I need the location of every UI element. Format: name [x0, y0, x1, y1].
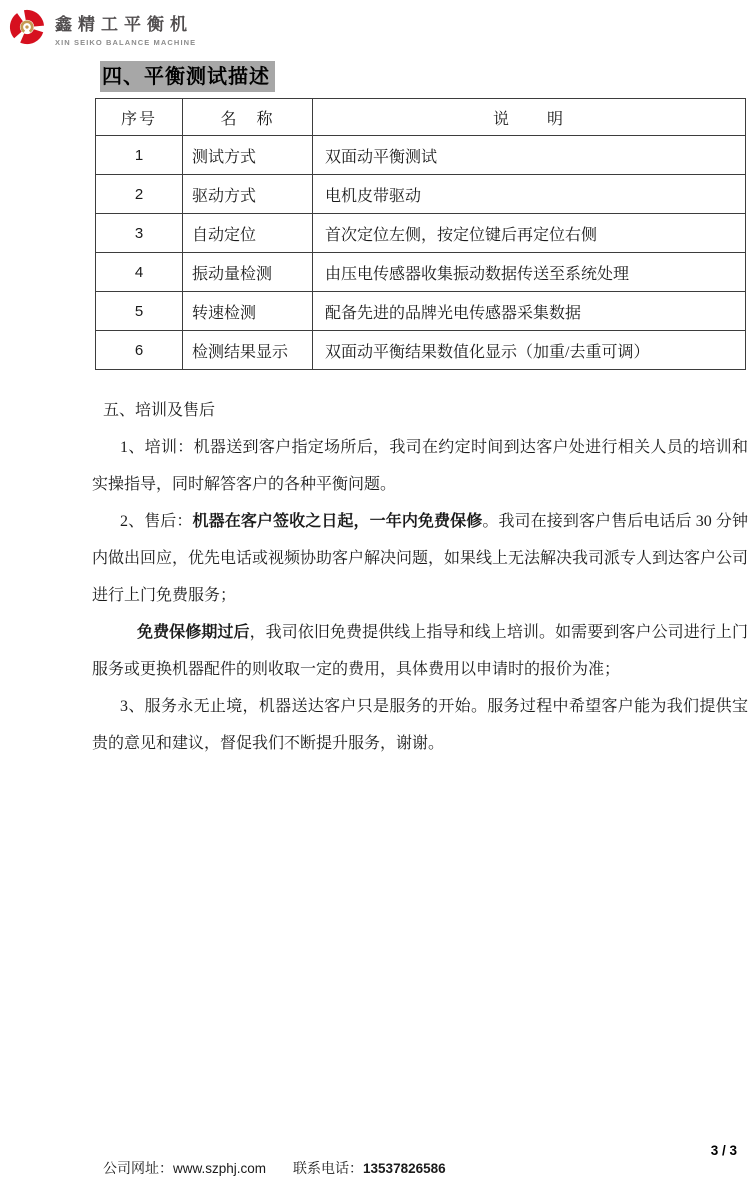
brand-text: 鑫精工平衡机 XIN SEIKO BALANCE MACHINE — [55, 10, 196, 47]
paragraph-run: 3、服务永无止境，机器送达客户只是服务的开始。服务过程中希望客户能为我们提供宝贵… — [92, 698, 748, 752]
page-number: 3 / 3 — [711, 1143, 737, 1158]
table-cell-name: 驱动方式 — [183, 175, 313, 214]
table-cell-description: 首次定位左侧，按定位键后再定位右侧 — [313, 214, 746, 253]
website-label: 公司网址： — [103, 1162, 173, 1177]
table-row: 3自动定位首次定位左侧，按定位键后再定位右侧 — [96, 214, 746, 253]
table-cell-description: 由压电传感器收集振动数据传送至系统处理 — [313, 253, 746, 292]
paragraph-bold-run: 免费保修期过后 — [137, 624, 250, 641]
table-header-cell: 名 称 — [183, 99, 313, 136]
table-header-row: 序号名 称说 明 — [96, 99, 746, 136]
table-cell-index: 5 — [96, 292, 183, 331]
table-header-cell: 序号 — [96, 99, 183, 136]
table-cell-index: 2 — [96, 175, 183, 214]
table-row: 2驱动方式电机皮带驱动 — [96, 175, 746, 214]
section5-title: 五、培训及售后 — [103, 392, 748, 429]
section5: 五、培训及售后 1、培训：机器送到客户指定场所后，我司在约定时间到达客户处进行相… — [92, 392, 748, 762]
table-cell-index: 6 — [96, 331, 183, 370]
table-cell-description: 配备先进的品牌光电传感器采集数据 — [313, 292, 746, 331]
table-header-cell: 说 明 — [313, 99, 746, 136]
table-cell-index: 3 — [96, 214, 183, 253]
document-page: 鑫精工平衡机 XIN SEIKO BALANCE MACHINE 四、平衡测试描… — [0, 0, 750, 1186]
phone-label: 联系电话： — [293, 1162, 363, 1177]
table-row: 1测试方式双面动平衡测试 — [96, 136, 746, 175]
paragraph-bold-run: 机器在客户签收之日起，一年内免费保修 — [193, 513, 483, 530]
balance-test-table: 序号名 称说 明 1测试方式双面动平衡测试2驱动方式电机皮带驱动3自动定位首次定… — [95, 98, 746, 370]
phone-number: 13537826586 — [363, 1161, 446, 1176]
table-row: 6检测结果显示双面动平衡结果数值化显示（加重/去重可调） — [96, 331, 746, 370]
table-row: 5转速检测配备先进的品牌光电传感器采集数据 — [96, 292, 746, 331]
table-cell-index: 1 — [96, 136, 183, 175]
table-cell-name: 转速检测 — [183, 292, 313, 331]
paragraph-run: 2、售后： — [120, 513, 193, 530]
paragraph: 免费保修期过后，我司依旧免费提供线上指导和线上培训。如需要到客户公司进行上门服务… — [92, 614, 748, 688]
table-cell-description: 双面动平衡测试 — [313, 136, 746, 175]
brand-header: 鑫精工平衡机 XIN SEIKO BALANCE MACHINE — [6, 6, 196, 48]
brand-name: 鑫精工平衡机 — [55, 10, 196, 35]
table-cell-description: 电机皮带驱动 — [313, 175, 746, 214]
section5-paragraphs: 1、培训：机器送到客户指定场所后，我司在约定时间到达客户处进行相关人员的培训和实… — [92, 429, 748, 762]
brand-subname: XIN SEIKO BALANCE MACHINE — [55, 38, 196, 47]
brand-logo-icon — [6, 6, 48, 48]
section4-heading: 四、平衡测试描述 — [100, 61, 275, 92]
paragraph-run: 1、培训：机器送到客户指定场所后，我司在约定时间到达客户处进行相关人员的培训和实… — [92, 439, 748, 493]
table-cell-name: 测试方式 — [183, 136, 313, 175]
section4-title: 四、平衡测试描述 — [100, 61, 275, 92]
paragraph: 2、售后：机器在客户签收之日起，一年内免费保修。我司在接到客户售后电话后 30 … — [92, 503, 748, 614]
paragraph: 3、服务永无止境，机器送达客户只是服务的开始。服务过程中希望客户能为我们提供宝贵… — [92, 688, 748, 762]
page-footer: 公司网址：www.szphj.com联系电话：13537826586 — [103, 1158, 446, 1178]
table-cell-name: 自动定位 — [183, 214, 313, 253]
table-cell-index: 4 — [96, 253, 183, 292]
table-cell-name: 检测结果显示 — [183, 331, 313, 370]
table-row: 4振动量检测由压电传感器收集振动数据传送至系统处理 — [96, 253, 746, 292]
table-cell-name: 振动量检测 — [183, 253, 313, 292]
table-cell-description: 双面动平衡结果数值化显示（加重/去重可调） — [313, 331, 746, 370]
website-url: www.szphj.com — [173, 1161, 266, 1176]
paragraph: 1、培训：机器送到客户指定场所后，我司在约定时间到达客户处进行相关人员的培训和实… — [92, 429, 748, 503]
